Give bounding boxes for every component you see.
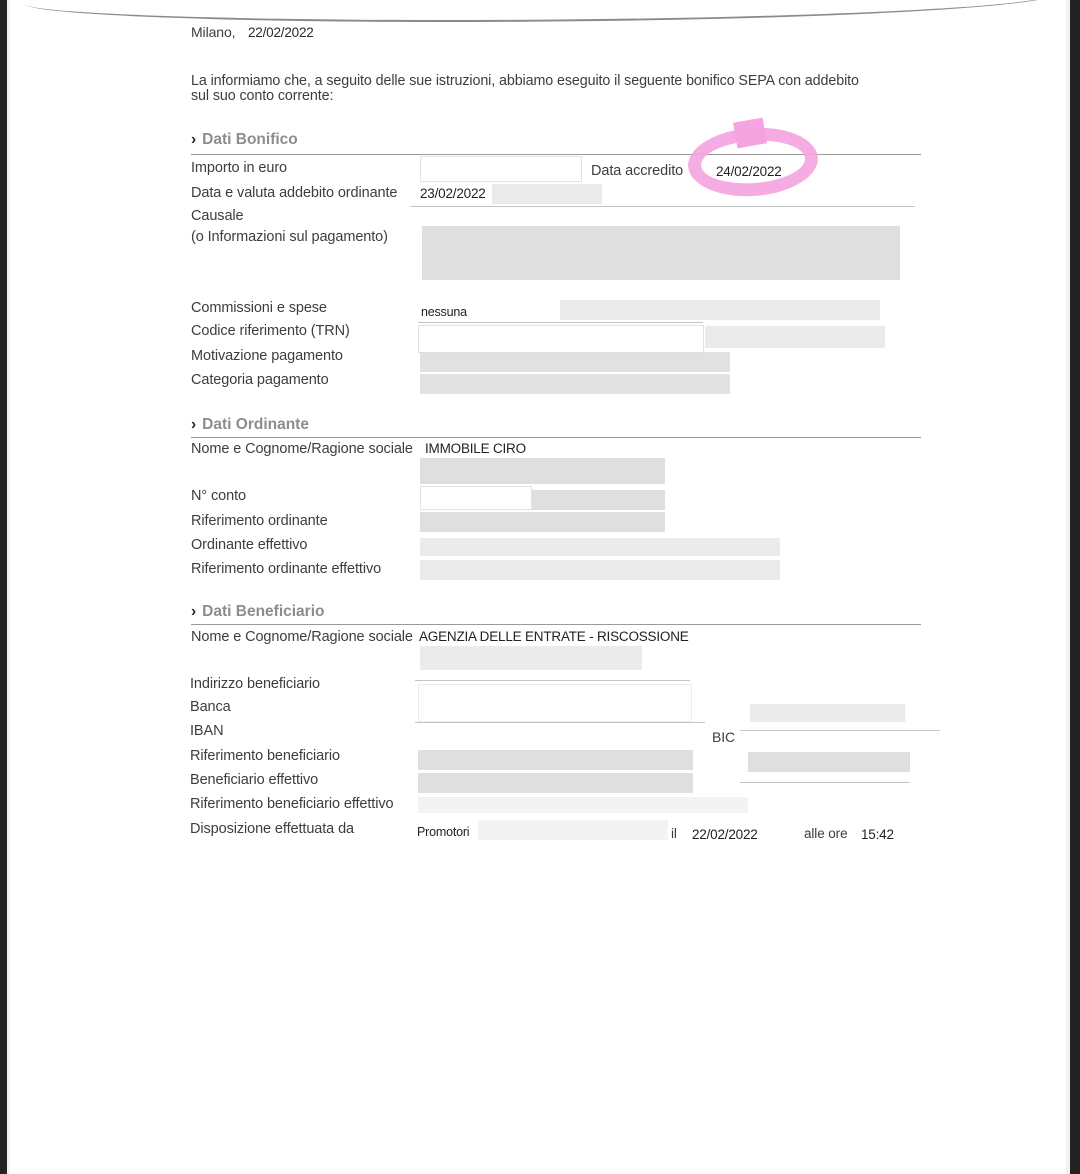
conto-value-redacted: [420, 486, 532, 510]
letter-date: 22/02/2022: [248, 25, 314, 40]
section-title-text: Dati Ordinante: [202, 416, 309, 433]
redacted-field: [478, 820, 668, 840]
intro-line-1: La informiamo che, a seguito delle sue i…: [191, 73, 859, 89]
categoria-label: Categoria pagamento: [191, 372, 329, 388]
redacted-field: [532, 490, 665, 510]
redacted-field: [420, 646, 642, 670]
section-divider: [191, 624, 921, 625]
causale-sublabel: (o Informazioni sul pagamento): [191, 229, 388, 245]
motivazione-value-redacted: [420, 352, 730, 372]
redacted-field: [750, 704, 905, 722]
field-divider: [740, 730, 940, 731]
indirizzo-label: Indirizzo beneficiario: [190, 676, 320, 692]
commissioni-value: nessuna: [421, 305, 467, 319]
section-title-text: Dati Bonifico: [202, 131, 298, 148]
field-divider: [415, 680, 690, 681]
categoria-value-redacted: [420, 374, 730, 394]
motivazione-label: Motivazione pagamento: [191, 348, 343, 364]
chevron-right-icon: ›: [191, 416, 196, 433]
redacted-field: [705, 326, 885, 348]
redacted-field: [492, 184, 602, 204]
disposizione-label: Disposizione effettuata da: [190, 821, 354, 837]
rif-beneficiario-effettivo-label: Riferimento beneficiario effettivo: [190, 796, 393, 812]
field-divider: [418, 322, 703, 323]
causale-value-redacted: [422, 226, 900, 280]
section-divider: [191, 437, 921, 438]
iban-label: IBAN: [190, 723, 223, 739]
il-label: il: [671, 826, 677, 841]
chevron-right-icon: ›: [191, 131, 196, 148]
beneficiario-effettivo-redacted: [418, 773, 693, 793]
il-date-value: 22/02/2022: [692, 827, 758, 842]
place-label: Milano,: [191, 24, 235, 40]
left-dark-border: [0, 0, 7, 1174]
data-valuta-value: 23/02/2022: [420, 186, 486, 201]
ordinante-effettivo-label: Ordinante effettivo: [191, 537, 307, 553]
indirizzo-value-redacted: [418, 684, 692, 722]
ordinante-nome-label: Nome e Cognome/Ragione sociale: [191, 441, 413, 457]
section-title-bonifico: ›Dati Bonifico: [191, 131, 298, 149]
data-accredito-label: Data accredito: [591, 163, 683, 179]
bic-label: BIC: [712, 729, 735, 745]
beneficiario-effettivo-label: Beneficiario effettivo: [190, 772, 318, 788]
importo-value-redacted: [420, 156, 582, 182]
importo-label: Importo in euro: [191, 160, 287, 176]
highlight-circle-annotation: [686, 124, 820, 201]
left-border-gap: [7, 0, 10, 1174]
ordinante-effettivo-redacted: [420, 538, 780, 556]
trn-label: Codice riferimento (TRN): [191, 323, 350, 339]
ore-value: 15:42: [861, 827, 894, 842]
chevron-right-icon: ›: [191, 603, 196, 620]
field-divider: [415, 722, 705, 723]
data-valuta-label: Data e valuta addebito ordinante: [191, 185, 397, 201]
field-divider: [740, 782, 910, 783]
commissioni-label: Commissioni e spese: [191, 300, 327, 316]
conto-label: N° conto: [191, 488, 246, 504]
right-dark-border: [1070, 0, 1080, 1174]
field-divider: [410, 206, 915, 207]
causale-label: Causale: [191, 208, 244, 224]
beneficiario-nome-value: AGENZIA DELLE ENTRATE - RISCOSSIONE: [419, 629, 689, 644]
redacted-field: [560, 300, 880, 320]
trn-value-redacted: [418, 325, 704, 353]
banca-label: Banca: [190, 699, 231, 715]
rif-ordinante-effettivo-redacted: [420, 560, 780, 580]
redacted-field: [420, 458, 665, 484]
riferimento-beneficiario-label: Riferimento beneficiario: [190, 748, 340, 764]
section-title-text: Dati Beneficiario: [202, 603, 324, 620]
redacted-field: [418, 797, 748, 813]
scanned-page-top-edge: [25, 0, 1060, 22]
intro-line-2: sul suo conto corrente:: [191, 88, 333, 104]
riferimento-ordinante-label: Riferimento ordinante: [191, 513, 328, 529]
riferimento-ordinante-redacted: [420, 512, 665, 532]
beneficiario-nome-label: Nome e Cognome/Ragione sociale: [191, 629, 413, 645]
redacted-field: [748, 752, 910, 772]
data-accredito-value: 24/02/2022: [716, 164, 782, 179]
section-title-beneficiario: ›Dati Beneficiario: [191, 603, 324, 621]
rif-ordinante-effettivo-label: Riferimento ordinante effettivo: [191, 561, 381, 577]
ore-label: alle ore: [804, 826, 847, 841]
ordinante-nome-value: IMMOBILE CIRO: [425, 441, 526, 456]
right-border-gap: [1066, 0, 1070, 1174]
section-title-ordinante: ›Dati Ordinante: [191, 416, 309, 434]
disposizione-value: Promotori: [417, 825, 469, 839]
riferimento-beneficiario-redacted: [418, 750, 693, 770]
